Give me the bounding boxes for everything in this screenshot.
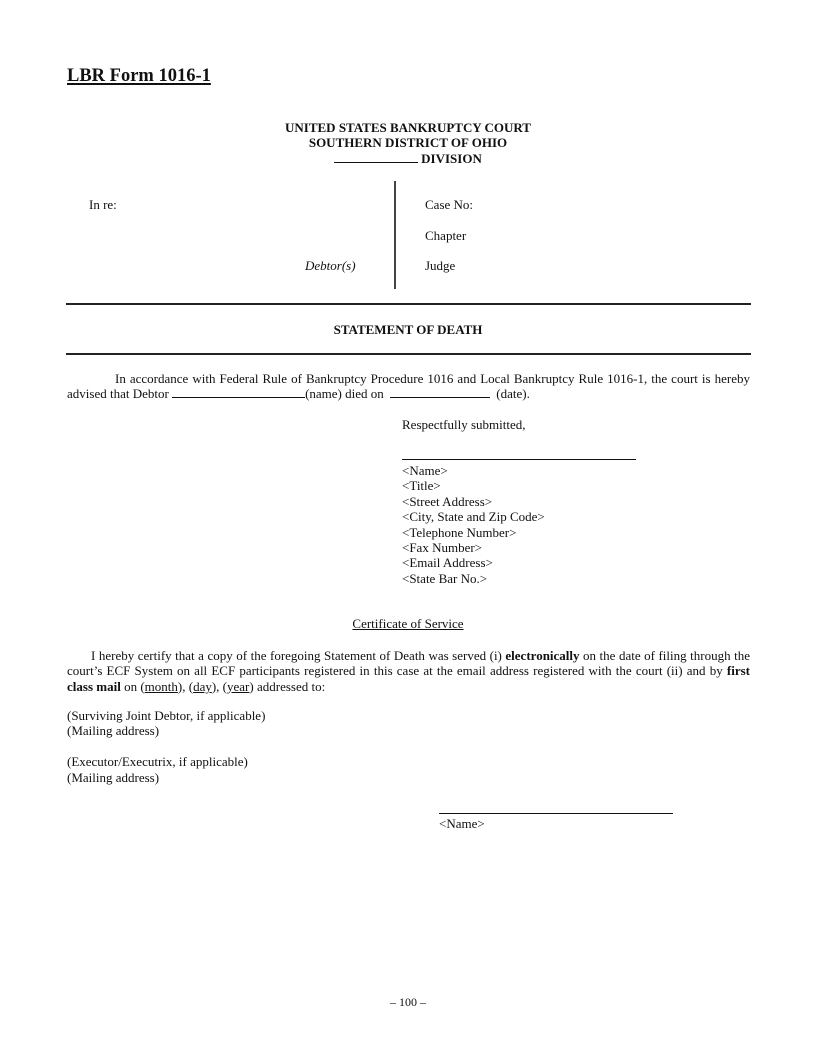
signature-fields: <Name> <Title> <Street Address> <City, S… bbox=[402, 463, 545, 586]
court-header: UNITED STATES BANKRUPTCY COURT SOUTHERN … bbox=[0, 120, 816, 166]
horizontal-rule-top bbox=[66, 303, 751, 305]
court-name: UNITED STATES BANKRUPTCY COURT bbox=[0, 120, 816, 135]
recipient-line: (Mailing address) bbox=[67, 723, 265, 738]
signature-line bbox=[402, 459, 636, 460]
division-label: DIVISION bbox=[421, 151, 482, 166]
signature-field: <Name> bbox=[402, 463, 545, 478]
court-district: SOUTHERN DISTRICT OF OHIO bbox=[0, 135, 816, 150]
debtor-name-blank bbox=[172, 386, 305, 398]
chapter-label: Chapter bbox=[425, 228, 466, 243]
caption-divider bbox=[394, 181, 396, 289]
month-placeholder: month bbox=[145, 679, 178, 694]
signature-closing: Respectfully submitted, bbox=[402, 417, 525, 432]
statement-paragraph: In accordance with Federal Rule of Bankr… bbox=[67, 371, 750, 402]
horizontal-rule-bottom bbox=[66, 353, 751, 355]
signature-field: <Email Address> bbox=[402, 555, 545, 570]
recipient-line: (Surviving Joint Debtor, if applicable) bbox=[67, 708, 265, 723]
case-number-label: Case No: bbox=[425, 197, 473, 212]
recipient-line: (Mailing address) bbox=[67, 770, 265, 785]
court-division: DIVISION bbox=[0, 151, 816, 166]
signature-field: <Title> bbox=[402, 478, 545, 493]
certificate-signature-line bbox=[439, 813, 673, 814]
day-placeholder: day bbox=[193, 679, 212, 694]
year-placeholder: year bbox=[227, 679, 249, 694]
in-re-label: In re: bbox=[89, 197, 117, 212]
signature-field: <City, State and Zip Code> bbox=[402, 509, 545, 524]
form-title: LBR Form 1016-1 bbox=[67, 69, 211, 84]
judge-label: Judge bbox=[425, 258, 455, 273]
recipient-line: (Executor/Executrix, if applicable) bbox=[67, 754, 265, 769]
debtor-label: Debtor(s) bbox=[305, 258, 356, 273]
certificate-signer-name: <Name> bbox=[439, 816, 485, 831]
recipient-list: (Surviving Joint Debtor, if applicable) … bbox=[67, 708, 265, 785]
division-blank bbox=[334, 151, 418, 163]
certificate-title: Certificate of Service bbox=[0, 616, 816, 631]
death-date-blank bbox=[390, 386, 490, 398]
statement-title: STATEMENT OF DEATH bbox=[0, 322, 816, 337]
signature-field: <Street Address> bbox=[402, 494, 545, 509]
signature-field: <Telephone Number> bbox=[402, 525, 545, 540]
page-number: – 100 – bbox=[0, 995, 816, 1010]
signature-field: <State Bar No.> bbox=[402, 571, 545, 586]
signature-field: <Fax Number> bbox=[402, 540, 545, 555]
certificate-paragraph: I hereby certify that a copy of the fore… bbox=[67, 648, 750, 694]
